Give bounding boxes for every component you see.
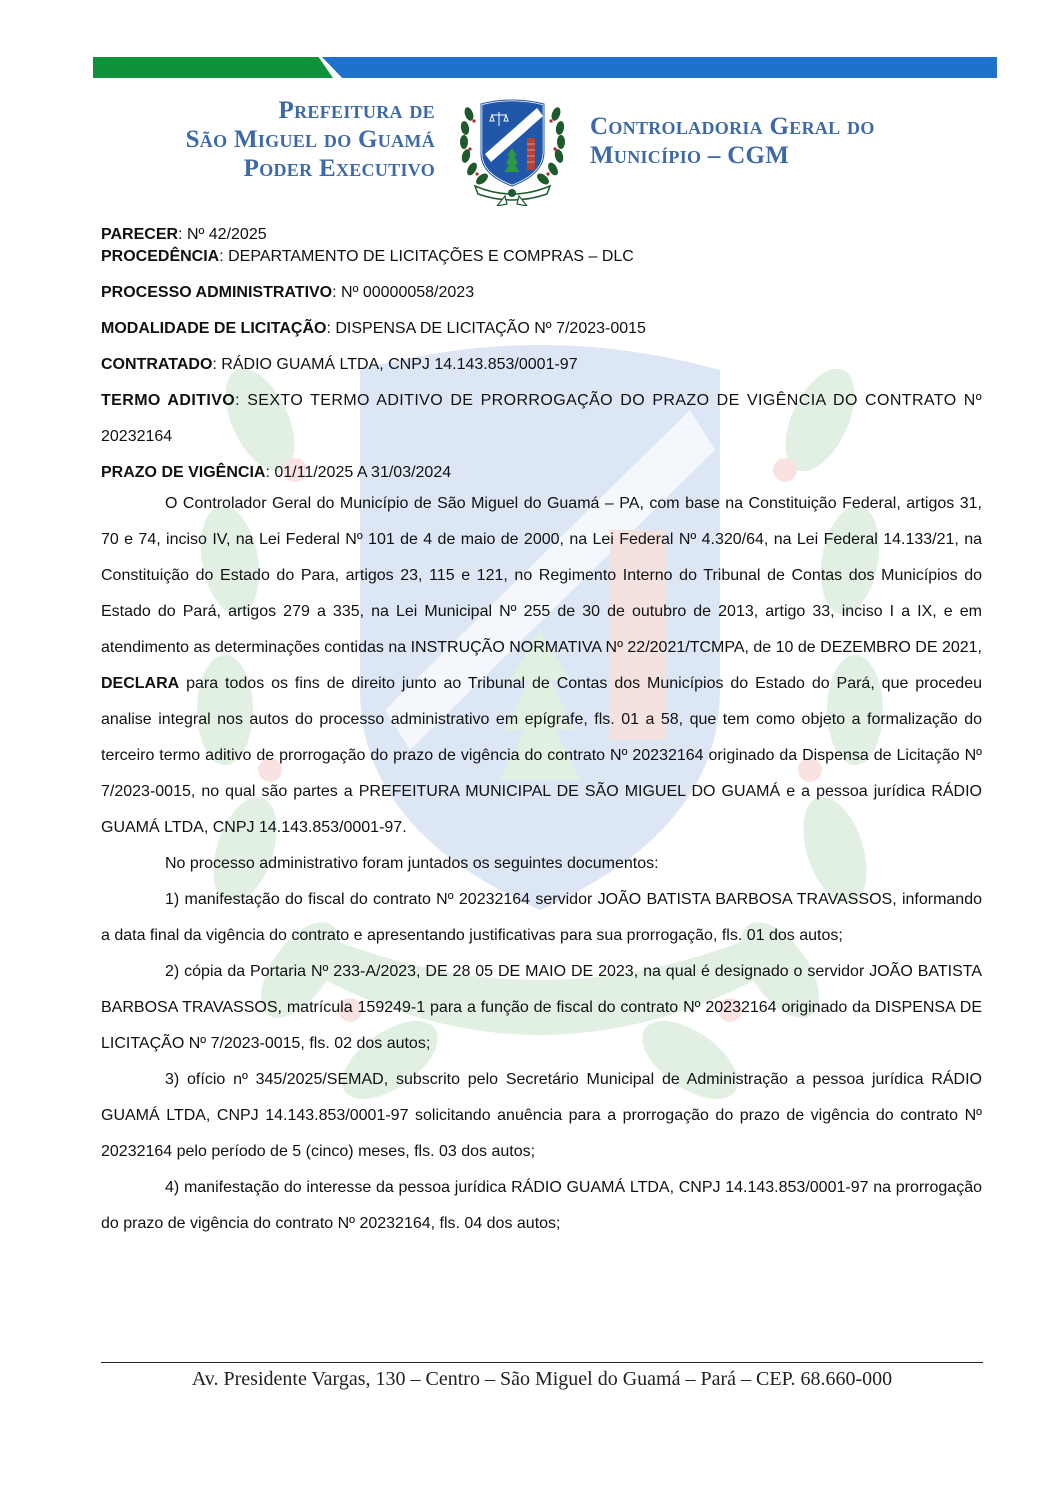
termo-aditivo-label: TERMO ADITIVO xyxy=(101,392,235,409)
parecer-value: : Nº 42/2025 xyxy=(178,226,267,243)
doc-item: 2) cópia da Portaria Nº 233-A/2023, DE 2… xyxy=(101,954,982,1062)
parecer-line: PARECER: Nº 42/2025 xyxy=(101,224,982,246)
prazo-label: PRAZO DE VIGÊNCIA xyxy=(101,464,265,481)
contratado-label: CONTRATADO xyxy=(101,356,212,373)
footer-address: Av. Presidente Vargas, 130 – Centro – Sã… xyxy=(101,1368,983,1391)
footer-divider xyxy=(101,1362,983,1363)
termo-aditivo-line: TERMO ADITIVO: SEXTO TERMO ADITIVO DE PR… xyxy=(101,390,982,412)
document-body: PARECER: Nº 42/2025 PROCEDÊNCIA: DEPARTA… xyxy=(101,224,982,1242)
declara-keyword: DECLARA xyxy=(101,675,179,692)
cgm-title-line: Município – CGM xyxy=(590,141,950,170)
procedencia-line: PROCEDÊNCIA: DEPARTAMENTO DE LICITAÇÕES … xyxy=(101,246,982,268)
procedencia-label: PROCEDÊNCIA xyxy=(101,248,219,265)
modalidade-label: MODALIDADE DE LICITAÇÃO xyxy=(101,320,326,337)
procedencia-value: : DEPARTAMENTO DE LICITAÇÕES E COMPRAS –… xyxy=(219,248,634,265)
header-band-green xyxy=(93,57,333,78)
prazo-value: : 01/11/2025 A 31/03/2024 xyxy=(265,464,451,481)
docs-intro-paragraph: No processo administrativo foram juntado… xyxy=(101,846,982,882)
prefeitura-title-line: Prefeitura de xyxy=(150,96,435,125)
prefeitura-title-line: São Miguel do Guamá xyxy=(150,125,435,154)
modalidade-value: : DISPENSA DE LICITAÇÃO Nº 7/2023-0015 xyxy=(326,320,645,337)
doc-item: 3) ofício nº 345/2025/SEMAD, subscrito p… xyxy=(101,1062,982,1170)
parecer-label: PARECER xyxy=(101,226,178,243)
processo-line: PROCESSO ADMINISTRATIVO: Nº 00000058/202… xyxy=(101,282,982,304)
intro-paragraph: O Controlador Geral do Município de São … xyxy=(101,486,982,846)
processo-value: : Nº 00000058/2023 xyxy=(332,284,474,301)
municipal-crest-logo xyxy=(455,94,570,206)
header-band-blue xyxy=(322,57,997,78)
contratado-value: : RÁDIO GUAMÁ LTDA, CNPJ 14.143.853/0001… xyxy=(212,356,577,373)
doc-item: 4) manifestação do interesse da pessoa j… xyxy=(101,1170,982,1242)
contratado-line: CONTRATADO: RÁDIO GUAMÁ LTDA, CNPJ 14.14… xyxy=(101,354,982,376)
intro-text-1: O Controlador Geral do Município de São … xyxy=(101,495,982,656)
doc-item: 1) manifestação do fiscal do contrato Nº… xyxy=(101,882,982,954)
prazo-line: PRAZO DE VIGÊNCIA: 01/11/2025 A 31/03/20… xyxy=(101,462,982,484)
cgm-title: Controladoria Geral do Município – CGM xyxy=(590,112,950,170)
processo-label: PROCESSO ADMINISTRATIVO xyxy=(101,284,332,301)
intro-text-2: para todos os fins de direito junto ao T… xyxy=(101,675,982,836)
modalidade-line: MODALIDADE DE LICITAÇÃO: DISPENSA DE LIC… xyxy=(101,318,982,340)
prefeitura-title-line: Poder Executivo xyxy=(150,154,435,183)
prefeitura-title: Prefeitura de São Miguel do Guamá Poder … xyxy=(150,96,435,183)
cgm-title-line: Controladoria Geral do xyxy=(590,112,950,141)
termo-aditivo-value: : SEXTO TERMO ADITIVO DE PRORROGAÇÃO DO … xyxy=(235,392,982,409)
termo-aditivo-continuation: 20232164 xyxy=(101,426,982,448)
